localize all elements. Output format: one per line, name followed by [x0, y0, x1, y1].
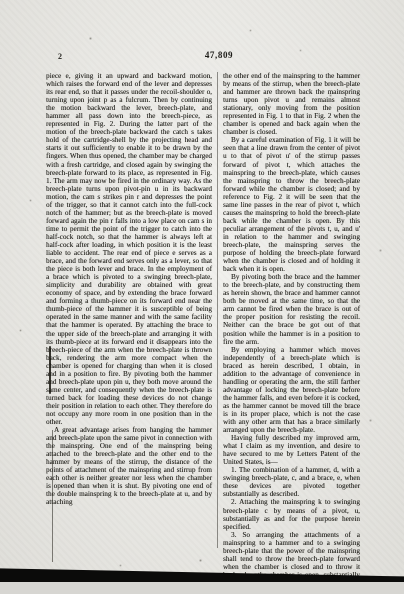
patent-number: 47,809 [178, 50, 260, 60]
scanned-patent-page: 2 47,809 piece e, giving it an upward an… [0, 0, 404, 594]
page-header: 2 47,809 [0, 50, 404, 64]
right-column-paragraph: By a careful examination of Fig. 1 it wi… [223, 136, 360, 273]
text-columns: piece e, giving it an upward and backwar… [46, 72, 360, 548]
right-column: the other end of the mainspring to the h… [218, 72, 360, 548]
left-column-paragraph: A great advantage arises from hanging th… [46, 426, 212, 506]
right-column-paragraph: the other end of the mainspring to the h… [223, 72, 360, 136]
left-column-paragraph: piece e, giving it an upward and backwar… [46, 72, 212, 426]
right-column-paragraph: By employing a hammer which moves indepe… [223, 346, 360, 435]
left-column: piece e, giving it an upward and backwar… [46, 72, 218, 548]
scan-crease-artifact [49, 346, 51, 394]
page-number: 2 [58, 52, 62, 61]
right-column-claim-2: 2. Attaching the mainspring k to swingin… [223, 498, 360, 530]
scan-crease-artifact [52, 430, 53, 562]
right-column-paragraph: By pivoting both the brace and the hamme… [223, 273, 360, 345]
scan-bottom-margin [0, 582, 404, 594]
scan-noise-speckles [0, 0, 1, 1]
right-column-claim-1: 1. The combination of a hammer, d, with … [223, 466, 360, 498]
right-column-paragraph: Having fully described my improved arm, … [223, 434, 360, 466]
